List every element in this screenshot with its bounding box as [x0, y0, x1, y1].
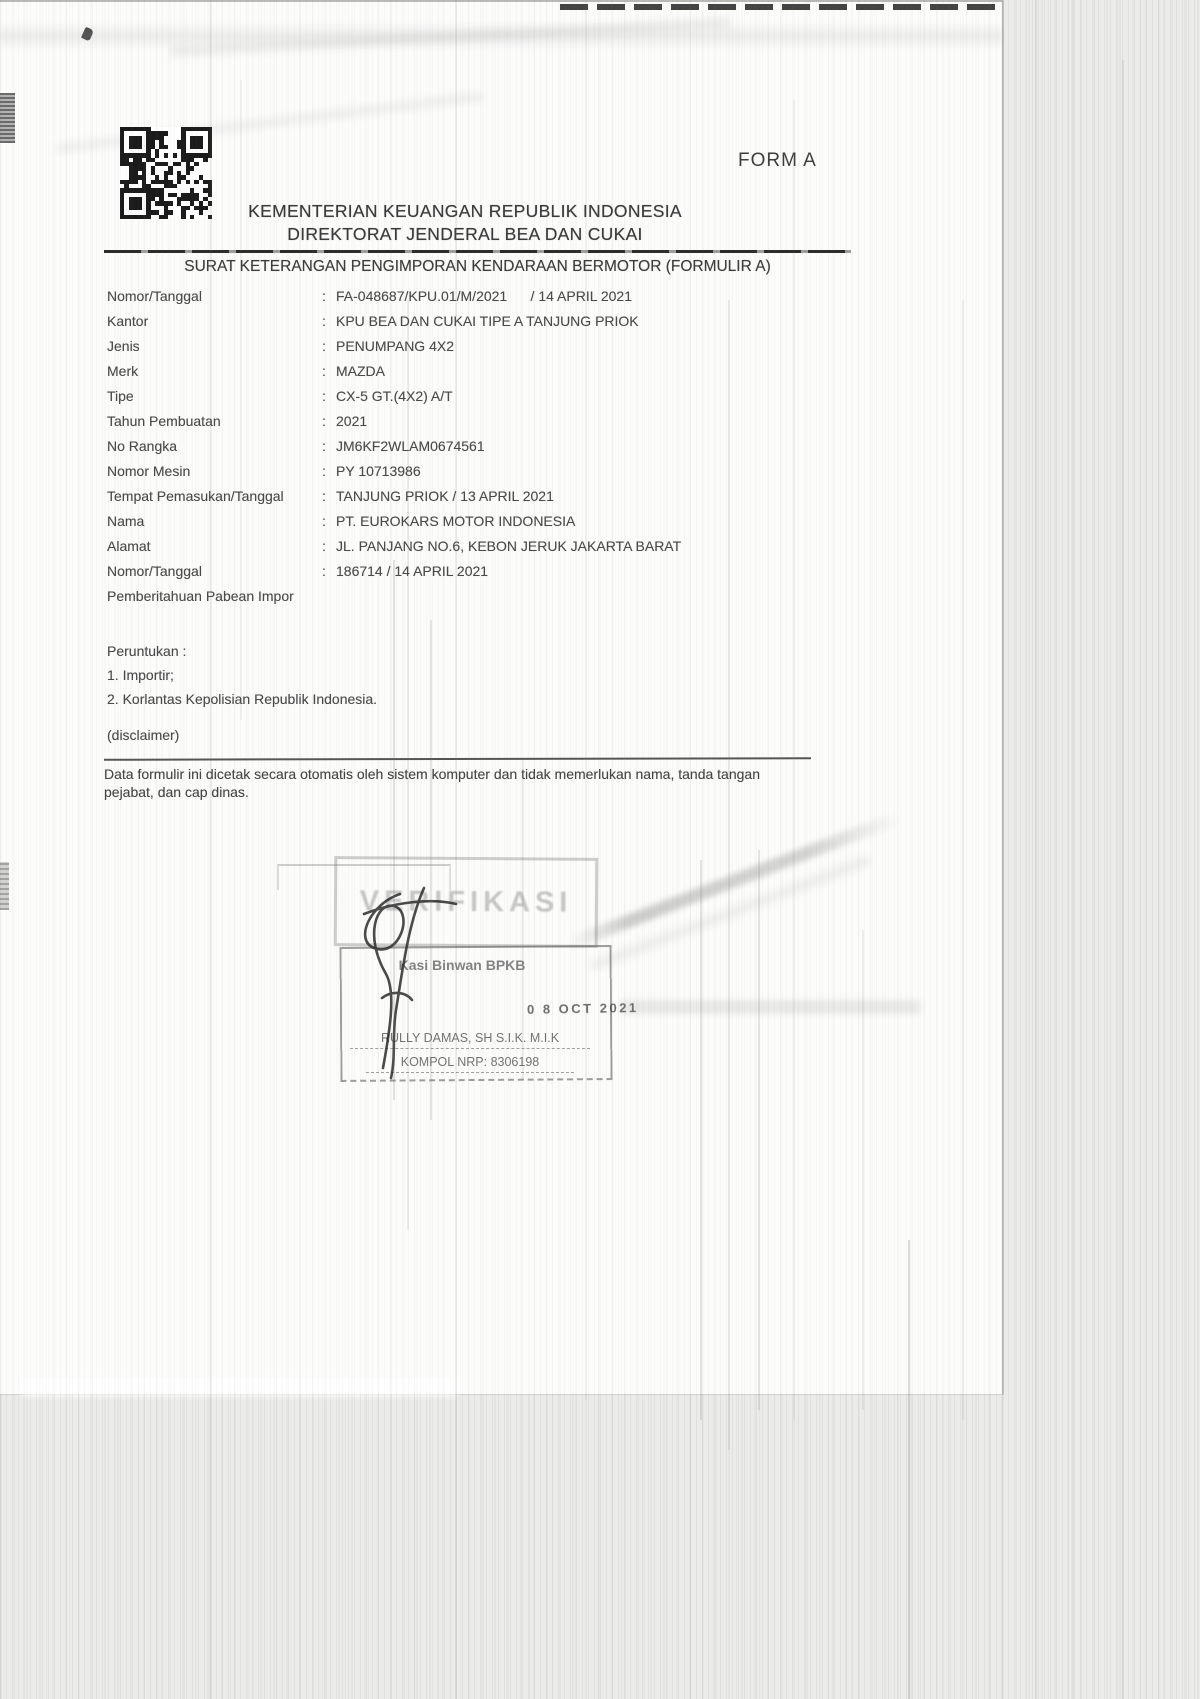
- field-row: Tipe:CX-5 GT.(4X2) A/T: [107, 388, 867, 409]
- field-row: Pemberitahuan Pabean Impor: [107, 588, 867, 609]
- field-colon: :: [322, 563, 326, 579]
- field-colon: :: [322, 388, 326, 404]
- field-colon: :: [322, 313, 326, 329]
- field-row: No Rangka:JM6KF2WLAM0674561: [107, 438, 867, 459]
- scan-streak: [1035, 0, 1037, 1699]
- field-label: Pemberitahuan Pabean Impor: [107, 588, 294, 604]
- directorate-name: DIREKTORAT JENDERAL BEA DAN CUKAI: [160, 224, 770, 245]
- peruntukan-item: 1. Importir;: [107, 667, 174, 683]
- field-label: Tempat Pemasukan/Tanggal: [107, 488, 284, 504]
- signature: [336, 878, 468, 1093]
- field-row: Nomor Mesin:PY 10713986: [107, 463, 867, 484]
- date-stamp: 0 8 OCT 2021: [527, 1000, 639, 1017]
- field-value: FA-048687/KPU.01/M/2021 / 14 APRIL 2021: [336, 288, 632, 304]
- scan-streaks-overlay: [1002, 0, 1200, 1699]
- field-label: Nomor/Tanggal: [107, 288, 202, 304]
- field-value: MAZDA: [336, 363, 385, 379]
- field-label: Merk: [107, 363, 138, 379]
- field-value: PENUMPANG 4X2: [336, 338, 454, 354]
- field-label: Nomor Mesin: [107, 463, 190, 479]
- field-label: Nomor/Tanggal: [107, 563, 202, 579]
- field-row: Tahun Pembuatan:2021: [107, 413, 867, 434]
- form-code-label: FORM A: [738, 150, 817, 172]
- field-value: 186714 / 14 APRIL 2021: [336, 563, 488, 579]
- field-colon: :: [322, 513, 326, 529]
- ministry-name: KEMENTERIAN KEUANGAN REPUBLIK INDONESIA: [160, 201, 770, 222]
- field-label: Jenis: [107, 338, 140, 354]
- field-colon: :: [322, 538, 326, 554]
- field-label: Alamat: [107, 538, 151, 554]
- disclaimer-placeholder: (disclaimer): [107, 727, 179, 743]
- field-label: Tahun Pembuatan: [107, 413, 221, 429]
- field-value: JL. PANJANG NO.6, KEBON JERUK JAKARTA BA…: [336, 538, 681, 554]
- field-value: PY 10713986: [336, 463, 421, 479]
- scan-streaks-overlay: [0, 1394, 1002, 1699]
- field-colon: :: [322, 438, 326, 454]
- peruntukan-item: 2. Korlantas Kepolisian Republik Indones…: [107, 691, 377, 707]
- field-value: JM6KF2WLAM0674561: [336, 438, 485, 454]
- field-label: Kantor: [107, 313, 148, 329]
- peruntukan-heading: Peruntukan :: [107, 643, 186, 659]
- field-value: KPU BEA DAN CUKAI TIPE A TANJUNG PRIOK: [336, 313, 639, 329]
- field-row: Nomor/Tanggal:186714 / 14 APRIL 2021: [107, 563, 867, 584]
- field-value: TANJUNG PRIOK / 13 APRIL 2021: [336, 488, 554, 504]
- field-value: 2021: [336, 413, 367, 429]
- field-row: Nomor/Tanggal:FA-048687/KPU.01/M/2021 / …: [107, 288, 867, 309]
- field-label: No Rangka: [107, 438, 177, 454]
- field-colon: :: [322, 413, 326, 429]
- field-label: Nama: [107, 513, 144, 529]
- field-colon: :: [322, 338, 326, 354]
- scanned-document-canvas: FORM A KEMENTERIAN KEUANGAN REPUBLIK IND…: [0, 0, 1200, 1699]
- field-row: Merk:MAZDA: [107, 363, 867, 384]
- field-colon: :: [322, 488, 326, 504]
- field-row: Tempat Pemasukan/Tanggal:TANJUNG PRIOK /…: [107, 488, 867, 509]
- field-value: CX-5 GT.(4X2) A/T: [336, 388, 453, 404]
- header-rule: [104, 250, 851, 253]
- field-value: PT. EUROKARS MOTOR INDONESIA: [336, 513, 575, 529]
- scan-streak: [1072, 0, 1074, 1699]
- field-label: Tipe: [107, 388, 134, 404]
- field-row: Jenis:PENUMPANG 4X2: [107, 338, 867, 359]
- document-title: SURAT KETERANGAN PENGIMPORAN KENDARAAN B…: [104, 258, 851, 276]
- scan-highlight: [22, 1379, 457, 1396]
- disclaimer-text: Data formulir ini dicetak secara otomati…: [104, 765, 794, 801]
- field-colon: :: [322, 463, 326, 479]
- scan-streak: [1122, 60, 1124, 1699]
- field-colon: :: [322, 363, 326, 379]
- field-row: Kantor:KPU BEA DAN CUKAI TIPE A TANJUNG …: [107, 313, 867, 334]
- field-colon: :: [322, 288, 326, 304]
- field-row: Alamat:JL. PANJANG NO.6, KEBON JERUK JAK…: [107, 538, 867, 559]
- field-row: Nama:PT. EUROKARS MOTOR INDONESIA: [107, 513, 867, 534]
